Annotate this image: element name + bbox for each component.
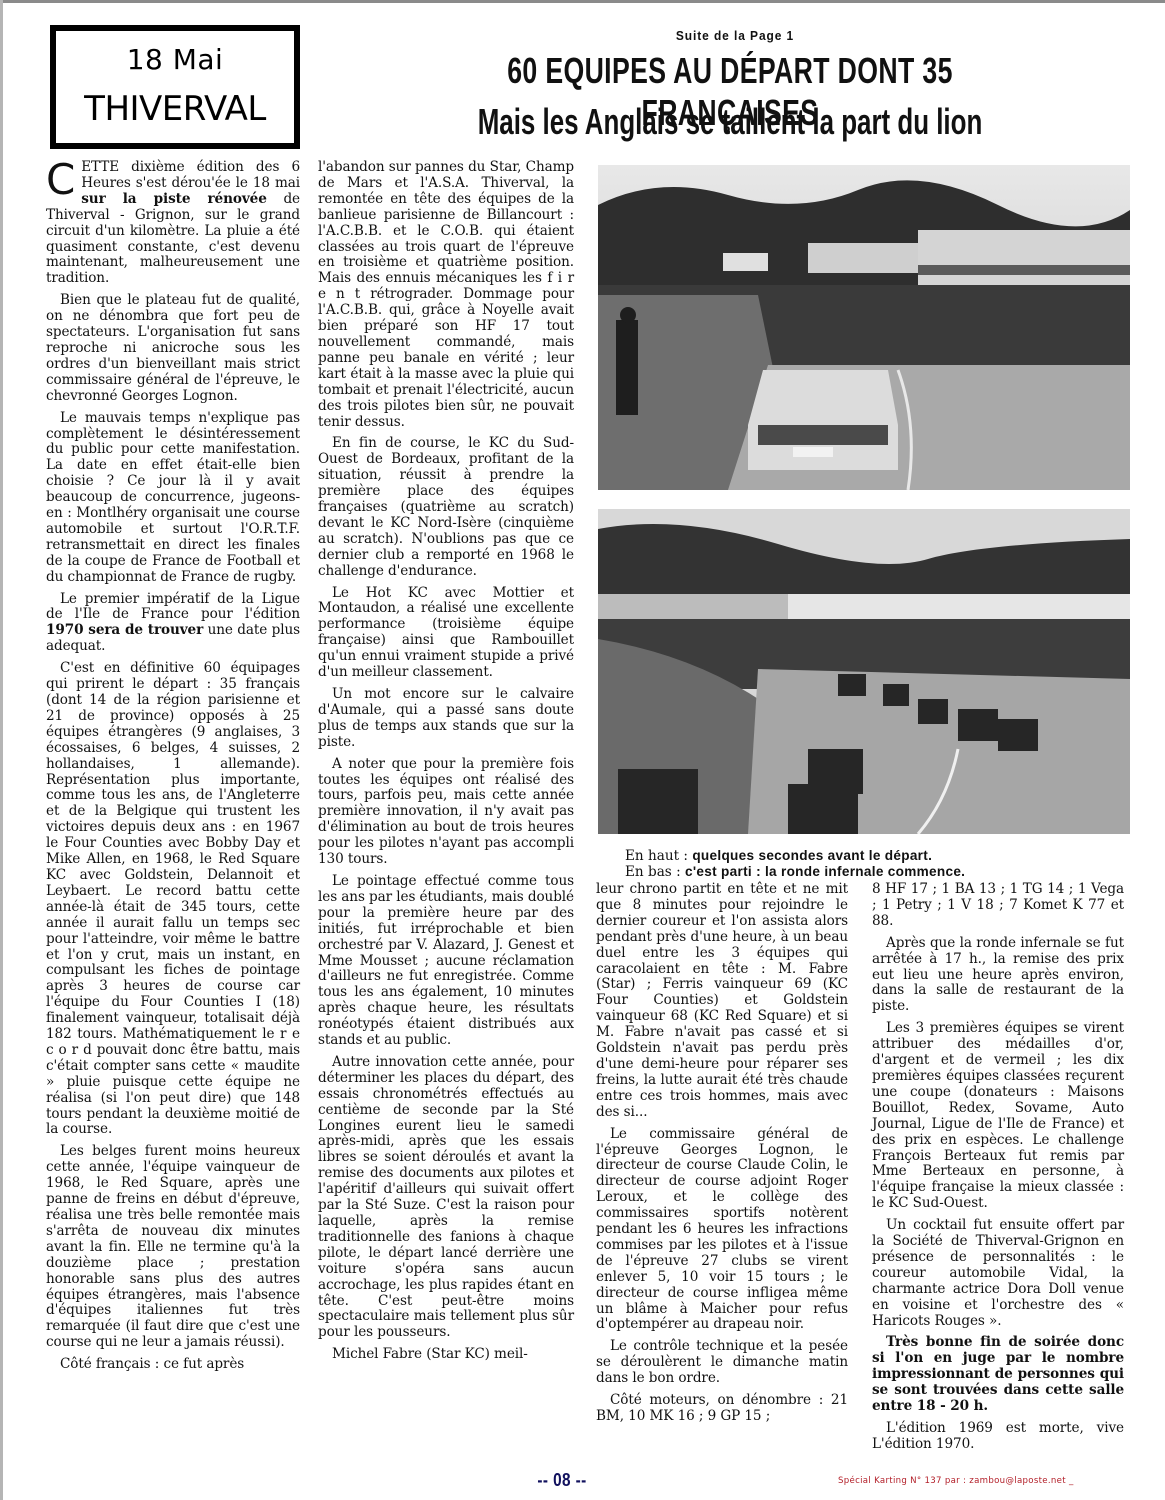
paragraph: Le premier impératif de la Ligue de l'Il… — [46, 592, 300, 656]
paragraph: En fin de course, le KC du Sud-Ouest de … — [318, 436, 574, 579]
left-border — [0, 0, 3, 1500]
photo-karts-racing — [598, 509, 1130, 834]
paragraph: L'édition 1969 est morte, vive L'édition… — [872, 1421, 1124, 1453]
photo-image-icon — [598, 165, 1130, 490]
paragraph: 8 HF 17 ; 1 BA 13 ; 1 TG 14 ; 1 Vega ; 1… — [872, 882, 1124, 930]
photo-caption: En haut : quelques secondes avant le dép… — [625, 848, 1145, 880]
article-column-1: CETTE dixième édition des 6 Heures s'est… — [46, 160, 300, 1379]
date-location-box: 18 Mai THIVERVAL — [50, 25, 300, 149]
caption-line-top: En haut : quelques secondes avant le dép… — [625, 848, 1145, 864]
paragraph: Le Hot KC avec Mottier et Montaudon, a r… — [318, 586, 574, 681]
text: ETTE dixième édition des 6 Heures s'est … — [81, 159, 300, 191]
top-border — [0, 0, 1165, 3]
continued-from-label: Suite de la Page 1 — [611, 28, 859, 43]
paragraph: Les 3 premières équipes se virent attrib… — [872, 1021, 1124, 1212]
paragraph: C'est en définitive 60 équipages qui pri… — [46, 661, 300, 1138]
paragraph: Côté moteurs, on dénombre : 21 BM, 10 MK… — [596, 1393, 848, 1425]
location-label: THIVERVAL — [56, 87, 294, 131]
article-column-2: l'abandon sur pannes du Star, Champ de M… — [318, 160, 574, 1369]
paragraph: CETTE dixième édition des 6 Heures s'est… — [46, 160, 300, 287]
paragraph: Très bonne fin de soirée donc si l'on en… — [872, 1335, 1124, 1415]
paragraph: Le mauvais temps n'explique pas complète… — [46, 411, 300, 586]
subheadline: Mais les Anglais se taillent la part du … — [442, 100, 1018, 144]
caption-line-bottom: En bas : c'est parti : la ronde infernal… — [625, 864, 1145, 880]
paragraph: Le pointage effectué comme tous les ans … — [318, 874, 574, 1049]
credit-line: Spécial Karting N° 137 par : zambou@lapo… — [838, 1476, 1074, 1486]
bold-text: 1970 sera de trouver — [46, 622, 203, 638]
paragraph: Le commissaire général de l'épreuve Geor… — [596, 1127, 848, 1334]
paragraph: leur chrono partit en tête et ne mit que… — [596, 882, 848, 1121]
caption-text: c'est parti : la ronde infernale commenc… — [685, 864, 965, 879]
photo-image-icon — [598, 509, 1130, 834]
paragraph: Le contrôle technique et la pesée se dér… — [596, 1339, 848, 1387]
date-label: 18 Mai — [56, 43, 294, 77]
paragraph: Côté français : ce fut après — [46, 1357, 300, 1373]
bold-text: sur la piste rénovée — [81, 191, 267, 207]
paragraph: Bien que le plateau fut de qualité, on n… — [46, 293, 300, 404]
paragraph: Un mot encore sur le calvaire d'Aumale, … — [318, 687, 574, 751]
paragraph: l'abandon sur pannes du Star, Champ de M… — [318, 160, 574, 430]
text: Le premier impératif de la Ligue de l'Il… — [46, 591, 300, 623]
paragraph: Après que la ronde infernale se fut arrê… — [872, 936, 1124, 1016]
article-column-4: 8 HF 17 ; 1 BA 13 ; 1 TG 14 ; 1 Vega ; 1… — [872, 882, 1124, 1459]
paragraph: A noter que pour la première fois toutes… — [318, 757, 574, 868]
page-number: -- 08 -- — [537, 1470, 586, 1491]
photo-start-grid — [598, 165, 1130, 490]
paragraph: Un cocktail fut ensuite offert par la So… — [872, 1218, 1124, 1329]
paragraph: Les belges furent moins heureux cette an… — [46, 1144, 300, 1351]
caption-label: En bas : — [625, 864, 681, 880]
caption-text: quelques secondes avant le départ. — [692, 848, 932, 863]
caption-label: En haut : — [625, 848, 688, 864]
article-column-3: leur chrono partit en tête et ne mit que… — [596, 882, 848, 1431]
drop-cap: C — [46, 162, 75, 198]
paragraph: Autre innovation cette année, pour déter… — [318, 1055, 574, 1341]
paragraph: Michel Fabre (Star KC) meil- — [318, 1347, 574, 1363]
